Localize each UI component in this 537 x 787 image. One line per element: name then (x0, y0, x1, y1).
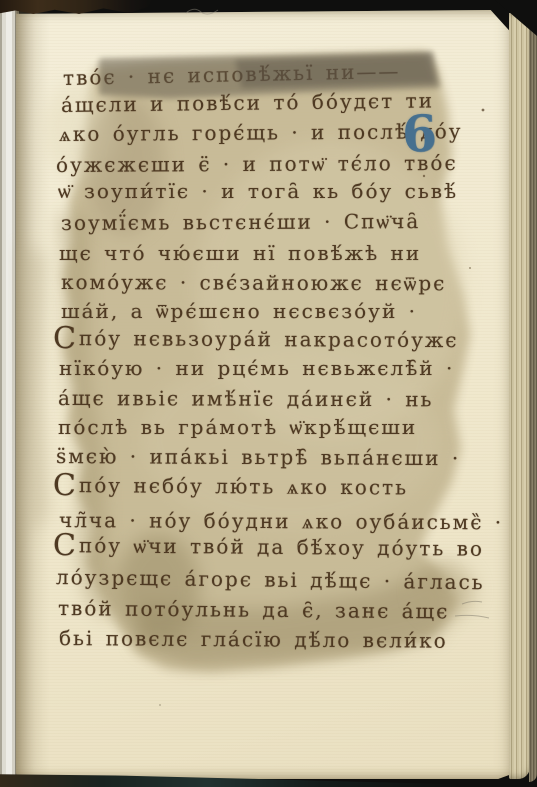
manuscript-line: ѕ̈мєю̀ · ипа́кьі вьтрѣ̑ вьпа́нєши · (55, 444, 460, 471)
manuscript-photo: тво́є · нє исповѣ́жьї ни—— а́щєли и повѣ… (0, 0, 537, 787)
manuscript-line: нїко́ую · ни рцє́мь нєвьжєлѣ̑й · (58, 356, 454, 381)
manuscript-text: тво́є · нє исповѣ́жьї ни—— а́щєли и повѣ… (0, 0, 537, 787)
manuscript-line: зоумї́ємь вьстєнє́ши · Спѡ̈ча̑ (60, 209, 420, 236)
manuscript-line: тво́є · нє исповѣ́жьї ни—— (62, 59, 401, 91)
manuscript-line: щє что́ чю́єши нї повѣ́жѣ ни (58, 241, 421, 266)
manuscript-line: Спо́у ѡ̈чи тво́й да бѣ́хоу до́уть во (53, 533, 484, 562)
manuscript-line: по́слѣ вь гра́мотѣ ѡ̈крѣ́щєши (57, 415, 417, 440)
manuscript-line: ѡ̈ зоупи́тїє · и тога̑ кь бо́у сьвѣ́ (57, 179, 458, 204)
manuscript-line: а́щєли и повѣ́си то́ бо́удєт ти (60, 88, 434, 118)
manuscript-line: Спо́у нєбо́у лю́ть ѧко кость (53, 473, 408, 500)
manuscript-line: ша́й, а ѿрє́шєно нєсвєзо́уй · (60, 299, 417, 324)
manuscript-line: бьі повєлє гла́сїю дѣ́ло вєли́ко (58, 626, 448, 654)
manuscript-line: тво́й пото́ульнь да є̑, занє а́щє (57, 596, 450, 624)
manuscript-line: чл̃ча · но́у бо́удни ѧко оуба́исьмє̏ · (58, 508, 503, 535)
manuscript-line: комо́ужє · свє́зайноюжє нєѿрє (60, 270, 446, 296)
manuscript-line: о́ужєжєши є̈ · и потѡ̈ тє́ло тво́є (55, 151, 458, 178)
manuscript-line: Спо́у нєвьзоура́й накрасото́ужє (53, 326, 459, 353)
folio-number: 6 (401, 103, 438, 163)
manuscript-line: а́щє ивьіє имѣ́нїє да́инєй · нь (57, 386, 434, 412)
manuscript-line: ло́узрєщє а́горє вьі дѣ́щє · а́глась (55, 565, 485, 595)
leather-cover-fragment (0, 0, 152, 14)
